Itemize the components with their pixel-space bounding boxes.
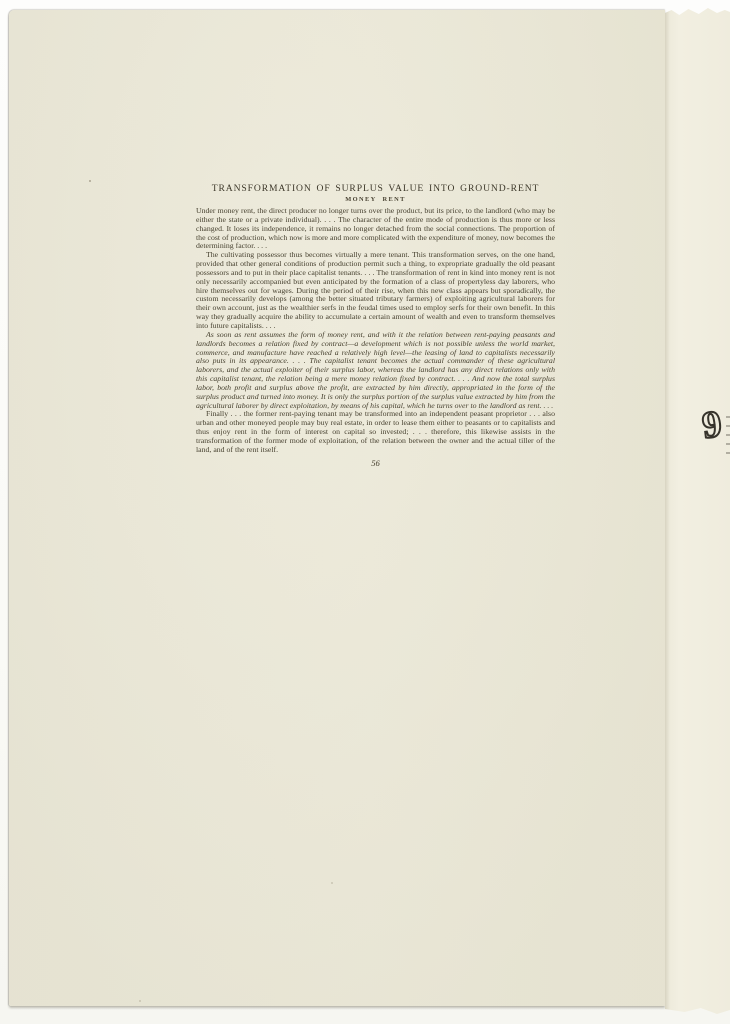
paragraph-1: Under money rent, the direct producer no… [196, 207, 555, 251]
folded-page-edge [665, 6, 730, 1014]
paper-speck [139, 1000, 141, 1002]
page-number: 56 [196, 458, 555, 468]
page-edge-hatch-marks [726, 416, 730, 456]
paper-speck [89, 180, 91, 182]
edge-stamp-numeral: 9 [694, 402, 730, 448]
page-subtitle: MONEY RENT [196, 196, 555, 203]
text-block: TRANSFORMATION OF SURPLUS VALUE INTO GRO… [196, 183, 555, 468]
paragraph-3-quotation: As soon as rent assumes the form of mone… [196, 331, 555, 411]
book-page [9, 10, 665, 1006]
paragraph-2: The cultivating possessor thus becomes v… [196, 251, 555, 331]
page-title: TRANSFORMATION OF SURPLUS VALUE INTO GRO… [196, 183, 555, 194]
scanner-background: 9 TRANSFORMATION OF SURPLUS VALUE INTO G… [0, 0, 730, 1024]
paper-speck [331, 882, 333, 884]
paragraph-4: Finally . . . the former rent-paying ten… [196, 410, 555, 454]
